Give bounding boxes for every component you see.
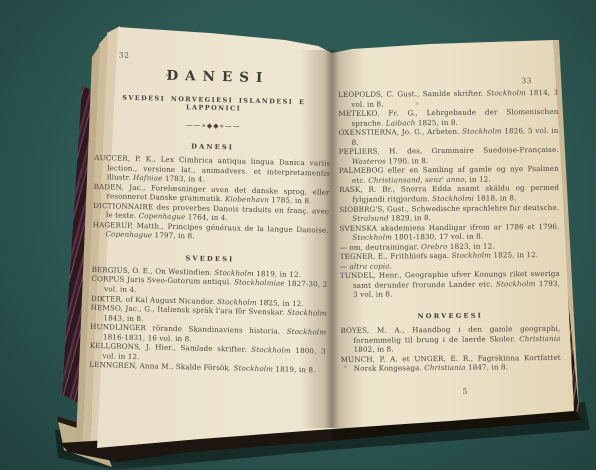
bibliography-entry: PEPLIERS, H. des, Grammaire Suedoise-Fra… [339,145,559,166]
entry-place-italic: Christiania [424,363,465,372]
entry-place-italic: Christiansand, senz' anno [368,175,465,185]
entry-place-italic: Stockholmiae [234,278,285,288]
entry-place-italic: Stockholm [287,327,327,337]
left-page-text: 32 DANESI SVEDESI NORVEGIESI ISLANDESI E… [89,50,333,376]
open-book-photo: 32 DANESI SVEDESI NORVEGIESI ISLANDESI E… [0,0,596,470]
entry-place-italic: Kiobenhavn [225,194,269,204]
entry-place-italic: Copenhague [105,230,152,240]
right-page-text: 33 LEOPOLDS, C. Gust., Samlde skrifter. … [338,76,561,397]
bibliography-entry: TUNDEL, Henr., Geographie ufver Konungs … [340,269,560,300]
entry-text: 1829, in 8. [389,213,432,222]
ornament-divider: ——»◆◆«—— [95,119,331,133]
entry-text: . [390,261,392,270]
entry-text: 1764, in 4. [185,212,228,222]
bibliography-entry: METELKO, Fr. G., Lehrgebaude der Slomeni… [338,107,558,128]
bibliography-entry: BOYES, M. A., Haandbog i den gamle geogr… [340,324,560,355]
chapter-subtitle: SVEDESI NORVEGIESI ISLANDESI E LAPPONICI [96,93,332,115]
entry-place-italic: Stockholmi [432,194,474,203]
entry-text: 1847, in 8. [466,363,509,372]
chapter-title: DANESI [96,66,332,88]
entry-place-italic: Orebro [421,242,448,251]
section-heading: DANESI [95,140,331,154]
section-heading: SVEDESI [92,252,328,266]
entry-text: OXENSTIERNA, Jo. G., Arbeten. [338,127,462,137]
entry-text: AUCCER, P. K., Lex Cimbrica antiqua ling… [94,153,330,182]
entry-place-italic: Stockholm [251,345,291,355]
page-number-right: 33 [338,76,558,87]
entry-text: 1843, in 8. [103,313,143,323]
entry-text: SIOBBRG'S, Gust., Schwedische sprachlehr… [339,202,559,213]
entry-text: TEGNER, E., Frithhiofs saga. [340,251,452,261]
entry-place-italic: Christiania [519,333,560,342]
entry-text: 1802, in 8. [354,345,394,354]
entry-place-italic: Stockholm [452,251,492,260]
entry-place-italic: Stockholm [486,88,526,97]
bibliography-entry: SIOBBRG'S, Gust., Schwedische sprachlehr… [339,202,559,223]
entry-text: — [340,262,350,271]
entry-place-italic: Stockholm [287,308,327,318]
entry-text: 1818, in 8. [474,193,517,202]
entry-place-italic: Stockholm [496,279,536,288]
entry-place-italic: Laibach [386,118,416,127]
bibliography-entry: RASK, R. Br., Snorra Edda asamt skäldu o… [339,183,559,204]
entry-place-italic: Stockholm [217,297,257,307]
entry-text: 1790, in 8. [386,156,429,165]
right-page-sections: NORVEGESIBOYES, M. A., Haandbog i den ga… [340,311,561,374]
entry-text: PEPLIERS, H. des, Grammaire Suedoise-Fra… [339,145,559,156]
entry-text: LEOPOLDS, C. Gust., Samlde skrifter. [338,89,486,99]
entry-place-italic: Stockholm [214,268,254,278]
entry-text: 1825, in 12. [491,250,538,259]
entry-place-italic: Stralsund [352,214,388,223]
entry-place-italic: Wasteros [352,156,386,165]
entry-place-italic: Hafniae [133,173,163,183]
entry-place-italic: altra copia [349,261,389,270]
entry-text: 1785, in 8. [269,195,312,205]
entry-text: 1825, in 12. [257,298,304,308]
left-page-sections: DANESIAUCCER, P. K., Lex Cimbrica antiqu… [89,140,331,376]
entry-place-italic: Stockholm [462,127,502,136]
entry-text: 1819, in 8. [273,365,316,375]
bibliography-entry: SVENSKA akademiens Handligar ifrom ar 17… [339,222,559,243]
entry-text: — om, deutrainingar. [340,242,421,252]
bibliography-entry: LEOPOLDS, C. Gust., Samlde skrifter. Sto… [338,88,558,109]
bibliography-entry: OXENSTIERNA, Jo. G., Arbeten. Stockholm … [338,126,558,147]
entry-text: 1819, in 12. [254,269,301,279]
bibliography-entry: PALMEBOG eller en Samling af gamle og ny… [339,164,559,185]
entry-text: SVENSKA akademiens Handligar ifrom ar 17… [339,222,559,233]
entry-text: 1783, in 4. [162,174,205,184]
entry-text: 1825, in 8. [415,117,458,126]
entry-text: 1797, in 8. [152,231,195,241]
entry-text: 1801-1830, 17 vol. in 8. [392,232,483,242]
right-page-entries: LEOPOLDS, C. Gust., Samlde skrifter. Sto… [338,88,560,300]
section-heading: NORVEGESI [340,311,560,321]
entry-place-italic: Copenhague [139,211,186,221]
entry-place-italic: Stockholm [233,364,273,374]
entry-text: 1823, in 12. [447,241,494,250]
bibliography-entry: MUNCH, P. A. et UNGER, E. R., Fagrskinna… [341,353,561,374]
entry-text: , in 12. [465,174,491,183]
entry-place-italic: Stockholm [352,233,392,242]
